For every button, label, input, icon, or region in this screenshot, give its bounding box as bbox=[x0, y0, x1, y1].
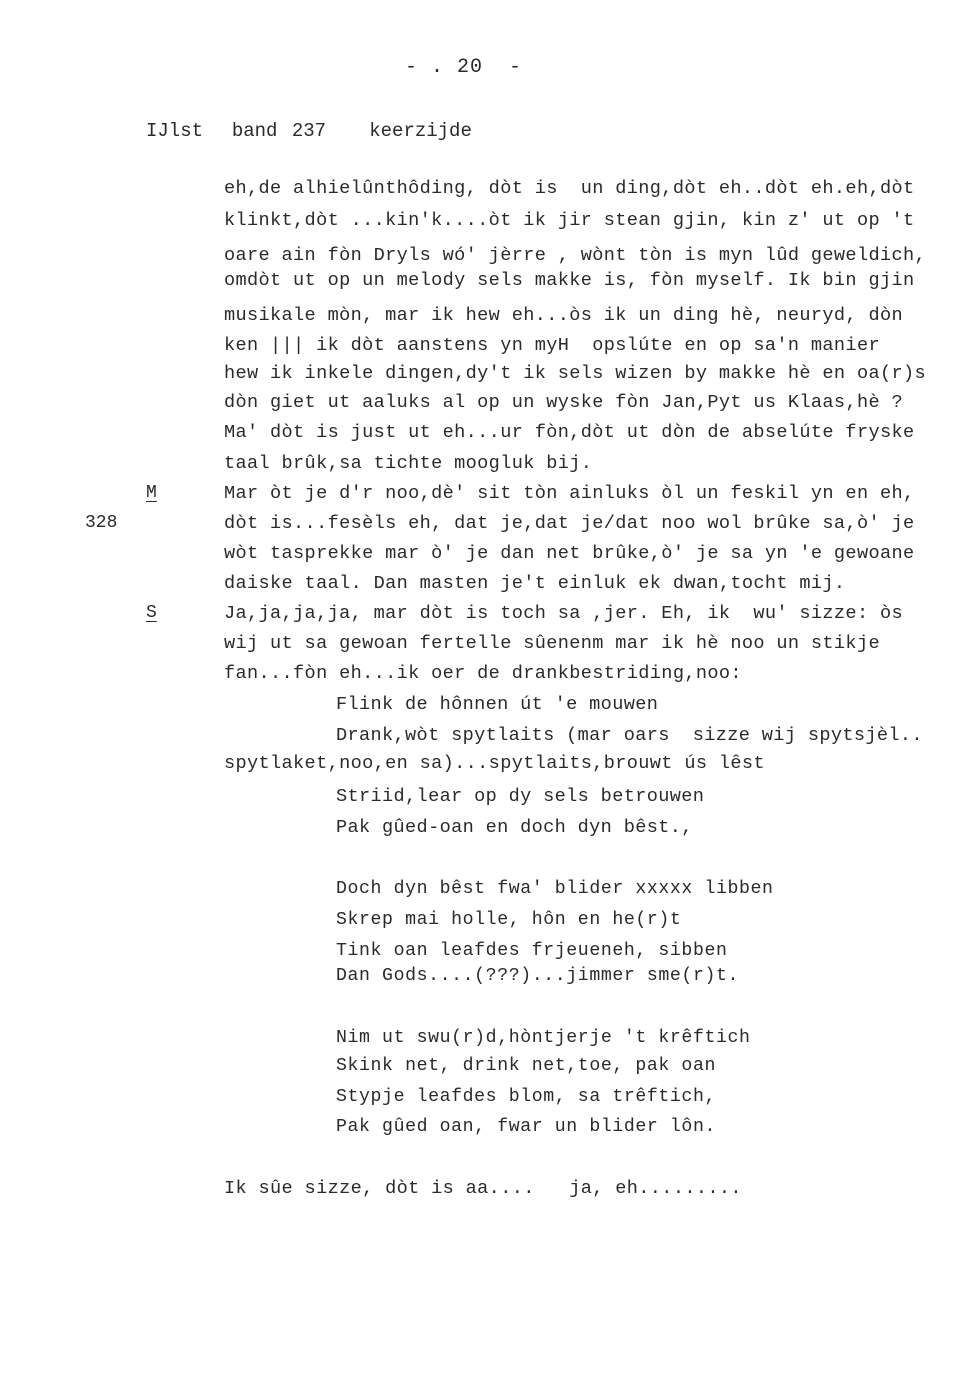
text-line: Ma' dòt is just ut eh...ur fòn,dòt ut dò… bbox=[224, 422, 914, 444]
margin-line-number: 328 bbox=[85, 513, 117, 533]
text-line: musikale mòn, mar ik hew eh...òs ik un d… bbox=[224, 305, 903, 327]
text-line: Ja,ja,ja,ja, mar dòt is toch sa ,jer. Eh… bbox=[224, 603, 903, 625]
song-line: Flink de hônnen út 'e mouwen bbox=[336, 694, 658, 716]
document-header: IJlst band 237 keerzijde bbox=[146, 120, 472, 142]
song-line: Skink net, drink net,toe, pak oan bbox=[336, 1055, 716, 1077]
song-line: Pak gûed oan, fwar un blider lôn. bbox=[336, 1116, 716, 1138]
text-line: hew ik inkele dingen,dy't ik sels wizen … bbox=[224, 363, 926, 385]
text-line: daiske taal. Dan masten je't einluk ek d… bbox=[224, 573, 845, 595]
song-line: Drank,wòt spytlaits (mar oars sizze wij … bbox=[336, 725, 923, 747]
text-line: Mar òt je d'r noo,dè' sit tòn ainluks òl… bbox=[224, 483, 914, 505]
speaker-label-m: M bbox=[146, 483, 157, 503]
text-line: dòt is...fesèls eh, dat je,dat je/dat no… bbox=[224, 513, 914, 535]
text-line: wij ut sa gewoan fertelle sûenenm mar ik… bbox=[224, 633, 880, 655]
song-line: Doch dyn bêst fwa' blider xxxxx libben bbox=[336, 878, 774, 900]
text-line: klinkt,dòt ...kin'k....òt ik jir stean g… bbox=[224, 210, 914, 232]
text-line: taal brûk,sa tichte moogluk bij. bbox=[224, 453, 592, 475]
song-line: Striid,lear op dy sels betrouwen bbox=[336, 786, 704, 808]
song-line: Skrep mai holle, hôn en he(r)t bbox=[336, 909, 681, 931]
text-line: dòn giet ut aaluks al op un wyske fòn Ja… bbox=[224, 392, 903, 414]
typewritten-page: - . 20 - IJlst band 237 keerzijde eh,de … bbox=[0, 0, 966, 1393]
text-line: eh,de alhielûnthôding, dòt is un ding,dò… bbox=[224, 178, 914, 200]
text-line: ken ||| ik dòt aanstens yn myH opslúte e… bbox=[224, 335, 880, 357]
text-line: wòt tasprekke mar ò' je dan net brûke,ò'… bbox=[224, 543, 914, 565]
song-line: Dan Gods....(???)...jimmer sme(r)t. bbox=[336, 965, 739, 987]
text-line: omdòt ut op un melody sels makke is, fòn… bbox=[224, 270, 914, 292]
song-line: spytlaket,noo,en sa)...spytlaits,brouwt … bbox=[224, 753, 765, 775]
page-number: - . 20 - bbox=[405, 56, 522, 79]
song-line: Stypje leafdes blom, sa trêftich, bbox=[336, 1086, 716, 1108]
closing-line: Ik sûe sizze, dòt is aa.... ja, eh......… bbox=[224, 1178, 742, 1200]
text-line: oare ain fòn Dryls wó' jèrre , wònt tòn … bbox=[224, 245, 926, 267]
text-line: fan...fòn eh...ik oer de drankbestriding… bbox=[224, 663, 742, 685]
song-line: Tink oan leafdes frjeueneh, sibben bbox=[336, 940, 728, 962]
song-line: Nim ut swu(r)d,hòntjerje 't krêftich bbox=[336, 1027, 751, 1049]
speaker-label-s: S bbox=[146, 603, 157, 623]
song-line: Pak gûed-oan en doch dyn bêst., bbox=[336, 817, 693, 839]
